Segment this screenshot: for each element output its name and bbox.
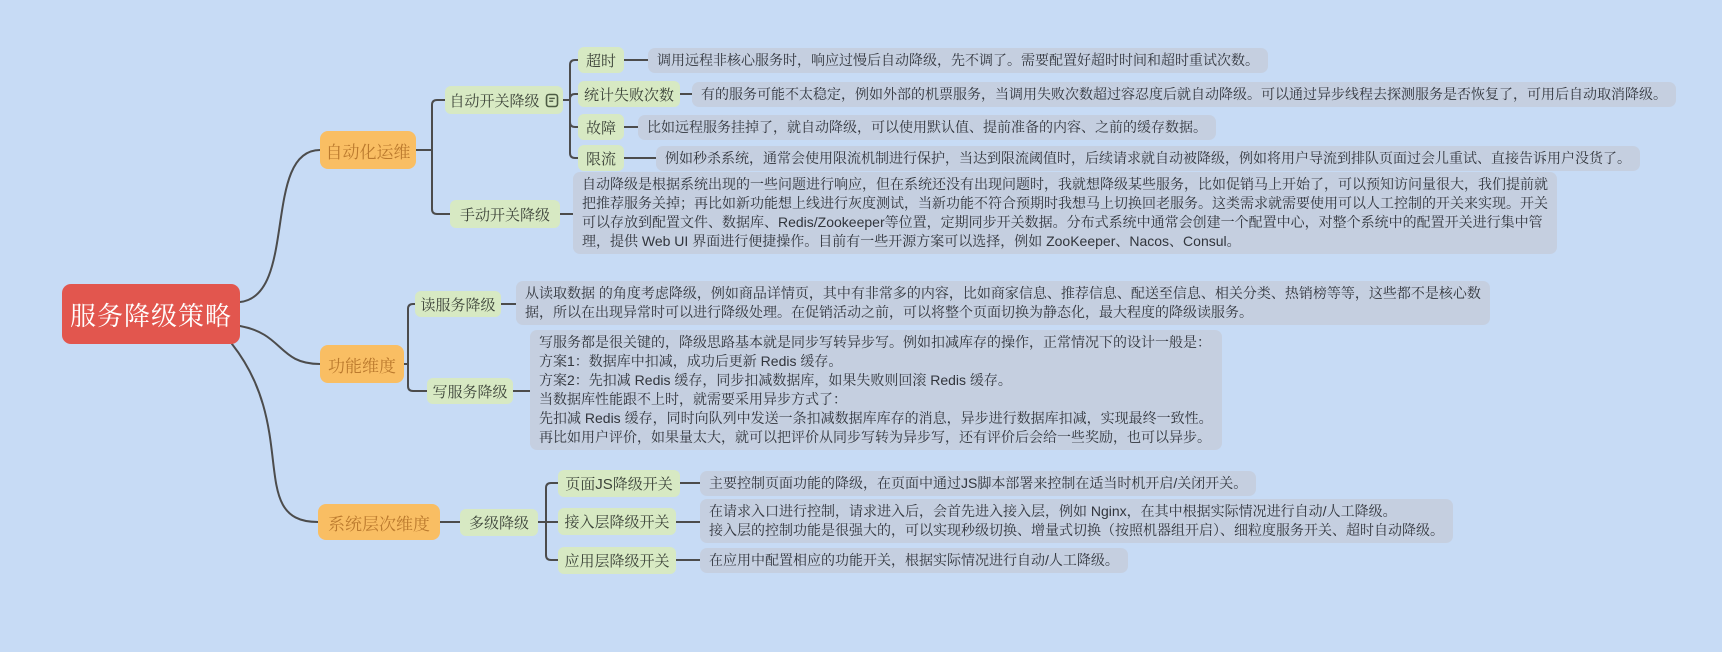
desc-write-degrade[interactable]: 写服务都是很关键的，降级思路基本就是同步写转异步写。例如扣减库存的操作，正常情况… [530, 330, 1222, 450]
branch-system-dim[interactable]: 系统层次维度 [318, 504, 440, 540]
mindmap-canvas[interactable]: 服务降级策略 自动化运维 功能维度 系统层次维度 自动开关降级 手动开关降级 超… [0, 0, 1722, 652]
root-node[interactable]: 服务降级策略 [62, 284, 240, 344]
note-icon[interactable] [545, 93, 559, 108]
desc-fail-count[interactable]: 有的服务可能不太稳定，例如外部的机票服务，当调用失败次数超过容忍度后就自动降级。… [692, 82, 1676, 107]
desc-fault[interactable]: 比如远程服务挂掉了，就自动降级，可以使用默认值、提前准备的内容、之前的缓存数据。 [638, 115, 1216, 140]
desc-manual-switch[interactable]: 自动降级是根据系统出现的一些问题进行响应，但在系统还没有出现问题时，我就想降级某… [573, 172, 1557, 254]
desc-page-js-switch[interactable]: 主要控制页面功能的降级，在页面中通过JS脚本部署来控制在适当时机开启/关闭开关。 [700, 471, 1256, 496]
node-multi-level[interactable]: 多级降级 [460, 509, 538, 536]
node-manual-switch[interactable]: 手动开关降级 [450, 200, 560, 228]
node-auto-switch[interactable]: 自动开关降级 [445, 86, 563, 114]
node-write-degrade[interactable]: 写服务降级 [427, 378, 513, 404]
node-fail-count[interactable]: 统计失败次数 [578, 81, 680, 107]
node-auto-switch-label: 自动开关降级 [449, 90, 539, 111]
node-access-layer-switch[interactable]: 接入层降级开关 [558, 508, 676, 535]
node-rate-limit[interactable]: 限流 [578, 145, 624, 171]
node-fault[interactable]: 故障 [578, 114, 624, 140]
node-page-js-switch[interactable]: 页面JS降级开关 [558, 470, 680, 497]
desc-read-degrade[interactable]: 从读取数据 的角度考虑降级，例如商品详情页，其中有非常多的内容，比如商家信息、推… [516, 281, 1490, 325]
node-app-layer-switch[interactable]: 应用层降级开关 [558, 547, 676, 574]
node-timeout[interactable]: 超时 [578, 47, 624, 73]
branch-auto-ops[interactable]: 自动化运维 [320, 131, 416, 169]
node-read-degrade[interactable]: 读服务降级 [415, 291, 501, 317]
desc-rate-limit[interactable]: 例如秒杀系统，通常会使用限流机制进行保护，当达到限流阈值时，后续请求就自动被降级… [656, 146, 1640, 171]
desc-timeout[interactable]: 调用远程非核心服务时，响应过慢后自动降级，先不调了。需要配置好超时时间和超时重试… [648, 48, 1268, 73]
desc-app-layer-switch[interactable]: 在应用中配置相应的功能开关，根据实际情况进行自动/人工降级。 [700, 548, 1128, 573]
desc-access-layer-switch[interactable]: 在请求入口进行控制，请求进入后，会首先进入接入层，例如 Nginx，在其中根据实… [700, 499, 1453, 543]
branch-function-dim[interactable]: 功能维度 [320, 345, 404, 383]
